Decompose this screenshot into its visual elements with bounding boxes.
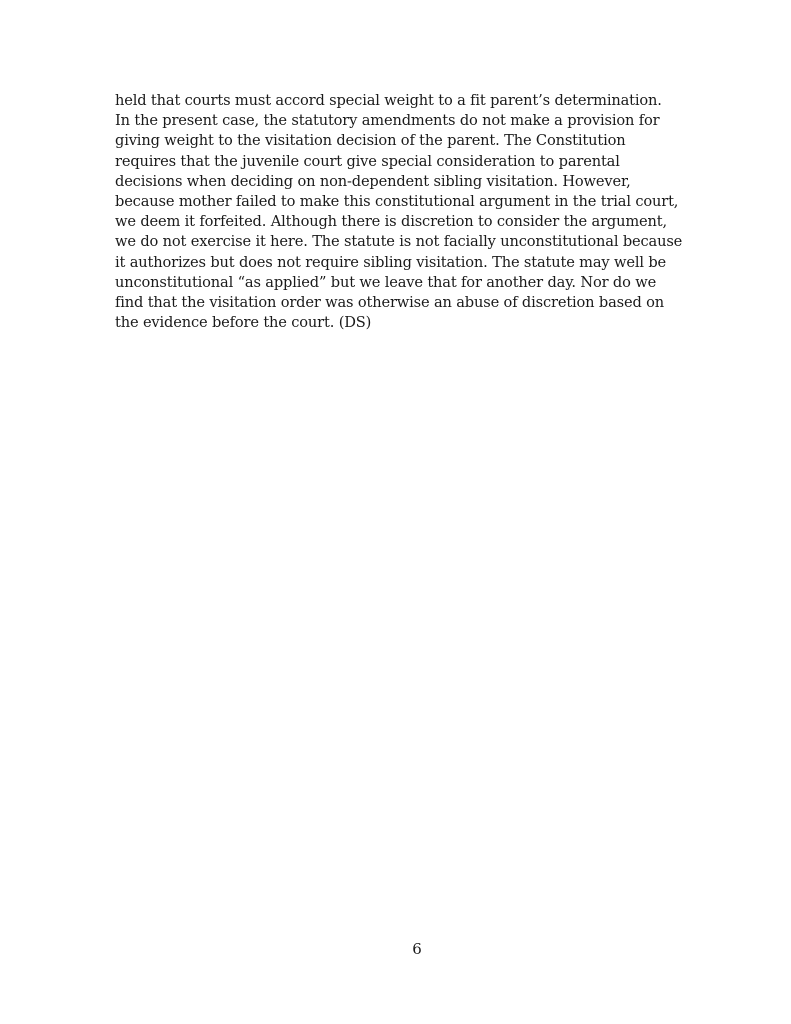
paragraph-line: giving weight to the visitation decision… xyxy=(115,131,695,151)
paragraph-line: find that the visitation order was other… xyxy=(115,293,695,313)
body-paragraph: held that courts must accord special wei… xyxy=(115,91,695,333)
page-number: 6 xyxy=(0,940,791,958)
paragraph-line: because mother failed to make this const… xyxy=(115,192,695,212)
paragraph-line: we deem it forfeited. Although there is … xyxy=(115,212,695,232)
paragraph-line: In the present case, the statutory amend… xyxy=(115,111,695,131)
document-page: held that courts must accord special wei… xyxy=(0,0,791,1024)
paragraph-line: the evidence before the court. (DS) xyxy=(115,313,695,333)
paragraph-line: decisions when deciding on non-dependent… xyxy=(115,172,695,192)
paragraph-line: held that courts must accord special wei… xyxy=(115,91,695,111)
paragraph-line: we do not exercise it here. The statute … xyxy=(115,232,695,252)
paragraph-line: unconstitutional “as applied” but we lea… xyxy=(115,273,695,293)
paragraph-line: it authorizes but does not require sibli… xyxy=(115,253,695,273)
paragraph-line: requires that the juvenile court give sp… xyxy=(115,152,695,172)
